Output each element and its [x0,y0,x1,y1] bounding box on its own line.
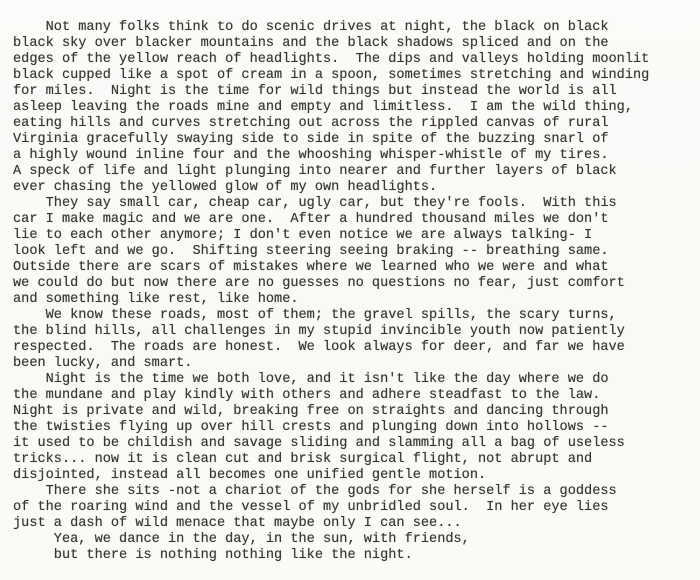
text-line: asleep leaving the roads mine and empty … [13,100,692,116]
text-line: Night is private and wild, breaking free… [13,404,692,420]
text-line: A speck of life and light plunging into … [13,164,692,180]
text-line: Night is the time we both love, and it i… [13,372,692,388]
text-line: of the roaring wind and the vessel of my… [13,500,692,516]
text-line: Outside there are scars of mistakes wher… [13,260,692,276]
text-line: been lucky, and smart. [13,356,692,372]
text-line: edges of the yellow reach of headlights.… [13,52,692,68]
text-line: a highly wound inline four and the whoos… [13,148,692,164]
text-line: just a dash of wild menace that maybe on… [13,516,692,532]
text-line: lie to each other anymore; I don't even … [13,228,692,244]
text-line: the blind hills, all challenges in my st… [13,324,692,340]
typewritten-page: Not many folks think to do scenic drives… [0,0,700,580]
text-line: for miles. Night is the time for wild th… [13,84,692,100]
text-line: There she sits -not a chariot of the god… [13,484,692,500]
text-line: we could do but now there are no guesses… [13,276,692,292]
text-line: black cupped like a spot of cream in a s… [13,68,692,84]
text-line: disjointed, instead all becomes one unif… [13,468,692,484]
text-line: We know these roads, most of them; the g… [13,308,692,324]
text-line: Not many folks think to do scenic drives… [13,20,692,36]
text-line: and something like rest, like home. [13,292,692,308]
text-line: the twisties flying up over hill crests … [13,420,692,436]
text-line: look left and we go. Shifting steering s… [13,244,692,260]
text-line: black sky over blacker mountains and the… [13,36,692,52]
text-line: Yea, we dance in the day, in the sun, wi… [13,532,692,548]
text-line: ever chasing the yellowed glow of my own… [13,180,692,196]
text-line: They say small car, cheap car, ugly car,… [13,196,692,212]
text-line: car I make magic and we are one. After a… [13,212,692,228]
text-line: Virginia gracefully swaying side to side… [13,132,692,148]
text-line: respected. The roads are honest. We look… [13,340,692,356]
typed-text-block: Not many folks think to do scenic drives… [13,20,692,564]
text-line: it used to be childish and savage slidin… [13,436,692,452]
text-line: eating hills and curves stretching out a… [13,116,692,132]
text-line: tricks... now it is clean cut and brisk … [13,452,692,468]
text-line: but there is nothing nothing like the ni… [13,548,692,564]
text-line: the mundane and play kindly with others … [13,388,692,404]
